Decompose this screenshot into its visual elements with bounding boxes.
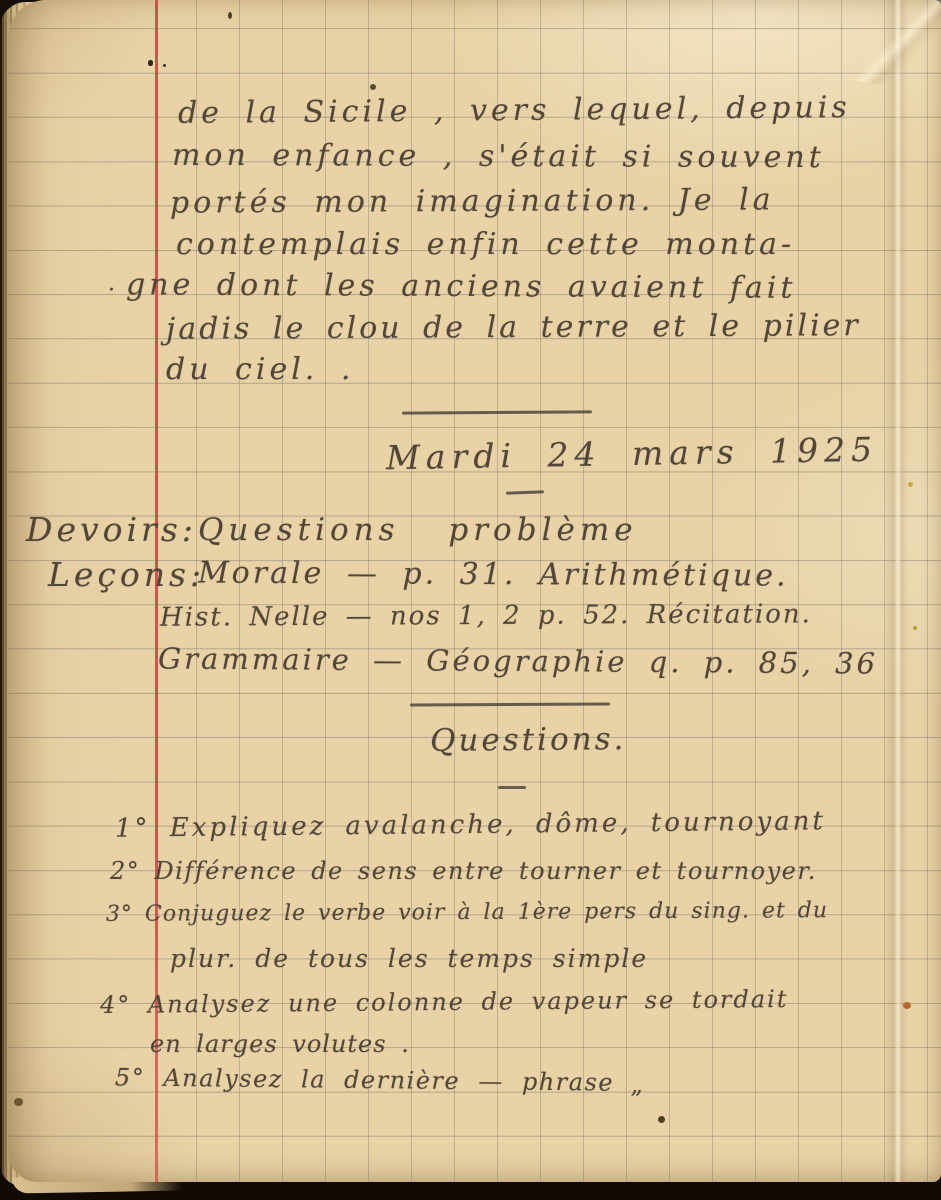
question-line-4: 4° Analysez une colonne de vapeur se tor…	[100, 985, 789, 1019]
paper-speck	[908, 482, 913, 487]
devoirs-label: Devoirs:	[26, 510, 197, 549]
question-line-5: 5° Analysez la dernière — phrase	[115, 1063, 614, 1096]
essay-line-2: mon enfance , s'était si souvent	[172, 138, 825, 175]
ink-blot	[658, 1116, 665, 1123]
essay-line-7: du ciel. .	[166, 352, 354, 387]
question-line-3: 3° Conjuguez le verbe voir à la 1ère per…	[106, 898, 828, 927]
devoirs-text: Questions problème	[198, 512, 638, 548]
edge-stain	[14, 1098, 23, 1106]
stray-quote-mark: ”	[630, 1086, 642, 1114]
scanned-notebook-photo: de la Sicile , vers lequel, depuis mon e…	[0, 0, 941, 1200]
essay-line-1: de la Sicile , vers lequel, depuis	[178, 90, 851, 131]
question-line-1: 1° Expliquez avalanche, dôme, tournoyant	[115, 806, 826, 843]
lecons-line-3: Grammaire — Géographie q. p. 85, 36	[158, 641, 878, 680]
lecons-line-2: Hist. Nelle — nos 1, 2 p. 52. Récitation…	[160, 599, 812, 632]
paper-speck	[228, 12, 232, 19]
rust-stain	[903, 1002, 911, 1009]
paper-speck	[370, 84, 376, 90]
question-line-3b: plur. de tous les temps simple	[170, 944, 648, 973]
essay-line-6: jadis le clou de la terre et le pilier	[166, 308, 861, 347]
corner-crease	[823, 0, 941, 99]
separator-line-1	[402, 410, 592, 414]
separator-line-2	[410, 702, 610, 706]
ink-dot	[148, 60, 153, 66]
lecons-text: Morale — p. 31. Arithmétique.	[198, 555, 789, 593]
stray-dot-mark: ·	[108, 278, 115, 303]
question-line-4b: en larges volutes .	[150, 1030, 410, 1058]
paper-speck	[913, 626, 917, 630]
lecons-label: Leçons:	[48, 555, 205, 594]
notebook-page: de la Sicile , vers lequel, depuis mon e…	[8, 0, 941, 1182]
question-line-2: 2° Différence de sens entre tourner et t…	[110, 857, 817, 885]
questions-dash	[498, 786, 526, 789]
questions-title: Questions.	[430, 721, 627, 759]
essay-line-4: contemplais enfin cette monta-	[176, 227, 795, 262]
essay-line-5: gne dont les anciens avaient fait	[126, 267, 797, 306]
essay-line-3: portés mon imagination. Je la	[170, 182, 775, 220]
date-dash	[506, 490, 544, 494]
ink-dot	[163, 64, 166, 67]
date-line: Mardi 24 mars 1925	[386, 430, 879, 478]
